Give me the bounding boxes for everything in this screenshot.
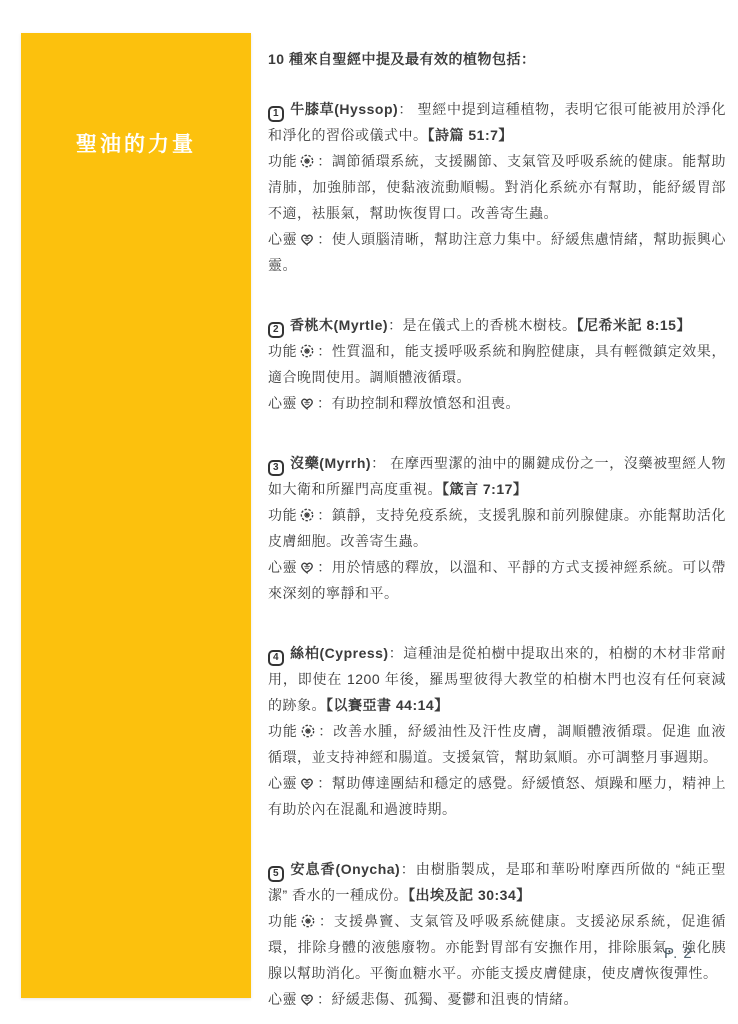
mind-para: 心靈：用於情感的釋放，以溫和、平靜的方式支援神經系統。可以帶來深刻的寧靜和平。 [268,554,726,606]
heart-icon [299,231,315,247]
number-3-badge-icon: 3 [268,460,284,476]
function-para: 功能：支援鼻竇、支氣管及呼吸系統健康。支援泌尿系統，促進循環，排除身體的液態廢物… [268,908,726,986]
mind-text: ：有助控制和釋放憤怒和沮喪。 [317,395,520,411]
gear-icon [300,913,316,929]
bible-reference: 【詩篇 51:7】 [428,127,513,143]
mind-para: 心靈：幫助傳達團結和穩定的感覺。紓緩憤怒、煩躁和壓力，精神上有助於內在混亂和過渡… [268,770,726,822]
plant-section-onycha: 5安息香(Onycha)：由樹脂製成，是耶和華吩咐摩西所做的 “純正聖潔” 香水… [268,856,726,1012]
bible-reference: 【以賽亞書 44:14】 [326,697,449,713]
plant-title-para: 1牛膝草(Hyssop)： 聖經中提到這種植物，表明它很可能被用於淨化和淨化的習… [268,96,726,148]
mind-text: ：使人頭腦清晰，幫助注意力集中。紓緩焦慮情緒，幫助振興心靈。 [268,231,726,273]
function-text: ：鎮靜，支持免疫系統，支援乳腺和前列腺健康。亦能幫助活化皮膚細胞。改善寄生蟲。 [268,507,726,549]
function-label: 功能 [268,343,297,359]
heart-icon [299,991,315,1007]
function-text: ：支援鼻竇、支氣管及呼吸系統健康。支援泌尿系統，促進循環，排除身體的液態廢物。亦… [268,913,726,981]
mind-para: 心靈：紓緩悲傷、孤獨、憂鬱和沮喪的情緒。 [268,986,726,1012]
plant-name: 香桃木(Myrtle) [290,317,388,333]
plant-title-para: 3沒藥(Myrrh)： 在摩西聖潔的油中的關鍵成份之一，沒藥被聖經人物如大衛和所… [268,450,726,502]
function-text: ：改善水腫，紓緩油性及汗性皮膚，調順體液循環。促進 血液循環，並支持神經和腸道。… [268,723,726,765]
mind-label: 心靈 [268,395,297,411]
bible-reference: 【出埃及記 30:34】 [408,887,531,903]
gear-icon [299,507,315,523]
mind-label: 心靈 [268,231,297,247]
plant-title-para: 4絲柏(Cypress)：這種油是從柏樹中提取出來的，柏樹的木材非常耐用，即使在… [268,640,726,718]
bible-reference: 【尼希米記 8:15】 [577,317,691,333]
mind-label: 心靈 [268,559,297,575]
sidebar-title: 聖油的力量 [21,128,251,158]
gear-icon [300,723,316,739]
bible-reference: 【箴言 7:17】 [442,481,527,497]
plant-section-myrtle: 2香桃木(Myrtle)：是在儀式上的香桃木樹枝。【尼希米記 8:15】 功能：… [268,312,726,416]
plant-intro: ：是在儀式上的香桃木樹枝。 [388,317,577,333]
mind-para: 心靈：有助控制和釋放憤怒和沮喪。 [268,390,726,416]
function-label: 功能 [268,507,297,523]
plant-name: 絲柏(Cypress) [290,645,389,661]
mind-text: ：紓緩悲傷、孤獨、憂鬱和沮喪的情緒。 [317,991,578,1007]
plant-name: 安息香(Onycha) [290,861,400,877]
mind-para: 心靈：使人頭腦清晰，幫助注意力集中。紓緩焦慮情緒，幫助振興心靈。 [268,226,726,278]
page-heading: 10 種來自聖經中提及最有效的植物包括： [268,46,726,72]
heart-icon [299,395,315,411]
number-4-badge-icon: 4 [268,650,284,666]
function-para: 功能：性質溫和，能支援呼吸系統和胸腔健康，具有輕微鎮定效果，適合晚間使用。調順體… [268,338,726,390]
function-para: 功能：調節循環系統，支援關節、支氣管及呼吸系統的健康。能幫助清肺，加強肺部，使黏… [268,148,726,226]
plant-section-cypress: 4絲柏(Cypress)：這種油是從柏樹中提取出來的，柏樹的木材非常耐用，即使在… [268,640,726,822]
function-label: 功能 [268,913,298,929]
number-2-badge-icon: 2 [268,322,284,338]
plant-section-hyssop: 1牛膝草(Hyssop)： 聖經中提到這種植物，表明它很可能被用於淨化和淨化的習… [268,96,726,278]
page-number: P. 2 [664,945,693,962]
gear-icon [299,343,315,359]
function-text: ：性質溫和，能支援呼吸系統和胸腔健康，具有輕微鎮定效果，適合晚間使用。調順體液循… [268,343,726,385]
plant-name: 沒藥(Myrrh) [290,455,371,471]
plant-title-para: 2香桃木(Myrtle)：是在儀式上的香桃木樹枝。【尼希米記 8:15】 [268,312,726,338]
heart-icon [299,559,315,575]
mind-text: ：用於情感的釋放，以溫和、平靜的方式支援神經系統。可以帶來深刻的寧靜和平。 [268,559,726,601]
plant-title-para: 5安息香(Onycha)：由樹脂製成，是耶和華吩咐摩西所做的 “純正聖潔” 香水… [268,856,726,908]
function-para: 功能：改善水腫，紓緩油性及汗性皮膚，調順體液循環。促進 血液循環，並支持神經和腸… [268,718,726,770]
mind-label: 心靈 [268,991,297,1007]
function-para: 功能：鎮靜，支持免疫系統，支援乳腺和前列腺健康。亦能幫助活化皮膚細胞。改善寄生蟲… [268,502,726,554]
number-5-badge-icon: 5 [268,866,284,882]
function-text: ：調節循環系統，支援關節、支氣管及呼吸系統的健康。能幫助清肺，加強肺部，使黏液流… [268,153,726,221]
heart-icon [299,775,315,791]
mind-label: 心靈 [268,775,297,791]
mind-text: ：幫助傳達團結和穩定的感覺。紓緩憤怒、煩躁和壓力，精神上有助於內在混亂和過渡時期… [268,775,726,817]
yellow-sidebar: 聖油的力量 [21,33,251,998]
plant-section-myrrh: 3沒藥(Myrrh)： 在摩西聖潔的油中的關鍵成份之一，沒藥被聖經人物如大衛和所… [268,450,726,606]
function-label: 功能 [268,723,298,739]
number-1-badge-icon: 1 [268,106,284,122]
main-content: 10 種來自聖經中提及最有效的植物包括： 1牛膝草(Hyssop)： 聖經中提到… [268,46,726,1012]
plant-name: 牛膝草(Hyssop) [290,101,398,117]
function-label: 功能 [268,153,297,169]
gear-icon [299,153,315,169]
